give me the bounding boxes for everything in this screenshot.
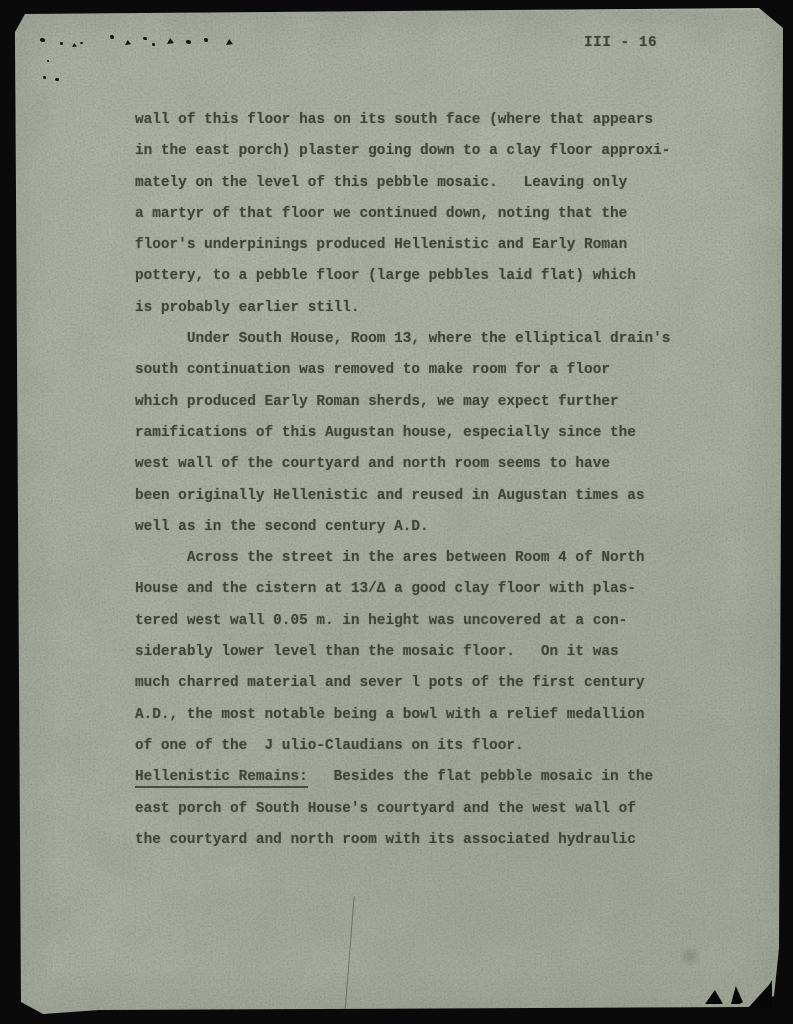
paper-sheet: III - 16 wall of this floor has on its s… [13, 8, 783, 1014]
typed-line: wall of this floor has on its south face… [135, 105, 695, 136]
typed-line: well as in the second century A.D. [135, 512, 695, 543]
typed-line: of one of the J ulio-Claudians on its fl… [135, 731, 695, 762]
typed-line: a martyr of that floor we continued down… [135, 199, 695, 230]
typed-line: pottery, to a pebble floor (large pebble… [135, 261, 695, 292]
ink-speck [186, 40, 191, 44]
page-number: III - 16 [584, 35, 657, 51]
ink-speck [110, 35, 114, 39]
typed-line: in the east porch) plaster going down to… [135, 136, 695, 167]
typed-line: west wall of the courtyard and north roo… [135, 449, 695, 480]
typed-line: siderably lower level than the mosaic fl… [135, 637, 695, 668]
paragraph: wall of this floor has on its south face… [135, 105, 695, 324]
typed-line: Across the street in the ares between Ro… [135, 543, 695, 574]
ink-speck [204, 38, 208, 42]
ink-speck [143, 37, 147, 40]
typed-text-block: wall of this floor has on its south face… [135, 105, 695, 856]
paper-crease-line [344, 896, 354, 1014]
ink-speck [40, 38, 45, 42]
typed-line: is probably earlier still. [135, 293, 695, 324]
typed-line: which produced Early Roman sherds, we ma… [135, 387, 695, 418]
ink-speck [55, 78, 59, 81]
typed-line: Hellenistic Remains: Besides the flat pe… [135, 762, 695, 793]
typed-line: floor's underpinings produced Hellenisti… [135, 230, 695, 261]
typed-line: ramifications of this Augustan house, es… [135, 418, 695, 449]
section-heading-underlined: Hellenistic Remains: [135, 769, 308, 788]
typed-line: House and the cistern at 13/Δ a good cla… [135, 574, 695, 605]
ink-speck [72, 43, 77, 47]
typed-line: A.D., the most notable being a bowl with… [135, 700, 695, 731]
ink-speck [152, 43, 155, 46]
typed-line: Under South House, Room 13, where the el… [135, 324, 695, 355]
scanned-page-background: III - 16 wall of this floor has on its s… [0, 0, 793, 1024]
ink-speck [80, 42, 83, 44]
paragraph: Under South House, Room 13, where the el… [135, 324, 695, 543]
typed-line: south continuation was removed to make r… [135, 355, 695, 386]
typed-line: the courtyard and north room with its as… [135, 825, 695, 856]
ink-speck [226, 39, 233, 45]
paragraph: Across the street in the ares between Ro… [135, 543, 695, 762]
typed-line: much charred material and sever l pots o… [135, 668, 695, 699]
typed-line: tered west wall 0.05 m. in height was un… [135, 606, 695, 637]
typed-line-text: Besides the flat pebble mosaic in the [308, 769, 653, 785]
typed-line: east porch of South House's courtyard an… [135, 794, 695, 825]
ink-speck [125, 40, 131, 45]
ink-smudge [675, 942, 705, 970]
ink-speck [47, 60, 49, 62]
ink-speck [167, 38, 174, 44]
paragraph: Hellenistic Remains: Besides the flat pe… [135, 762, 695, 856]
typed-line: mately on the level of this pebble mosai… [135, 168, 695, 199]
typed-line: been originally Hellenistic and reused i… [135, 481, 695, 512]
ink-speck [43, 76, 46, 79]
ink-speck [60, 42, 63, 45]
